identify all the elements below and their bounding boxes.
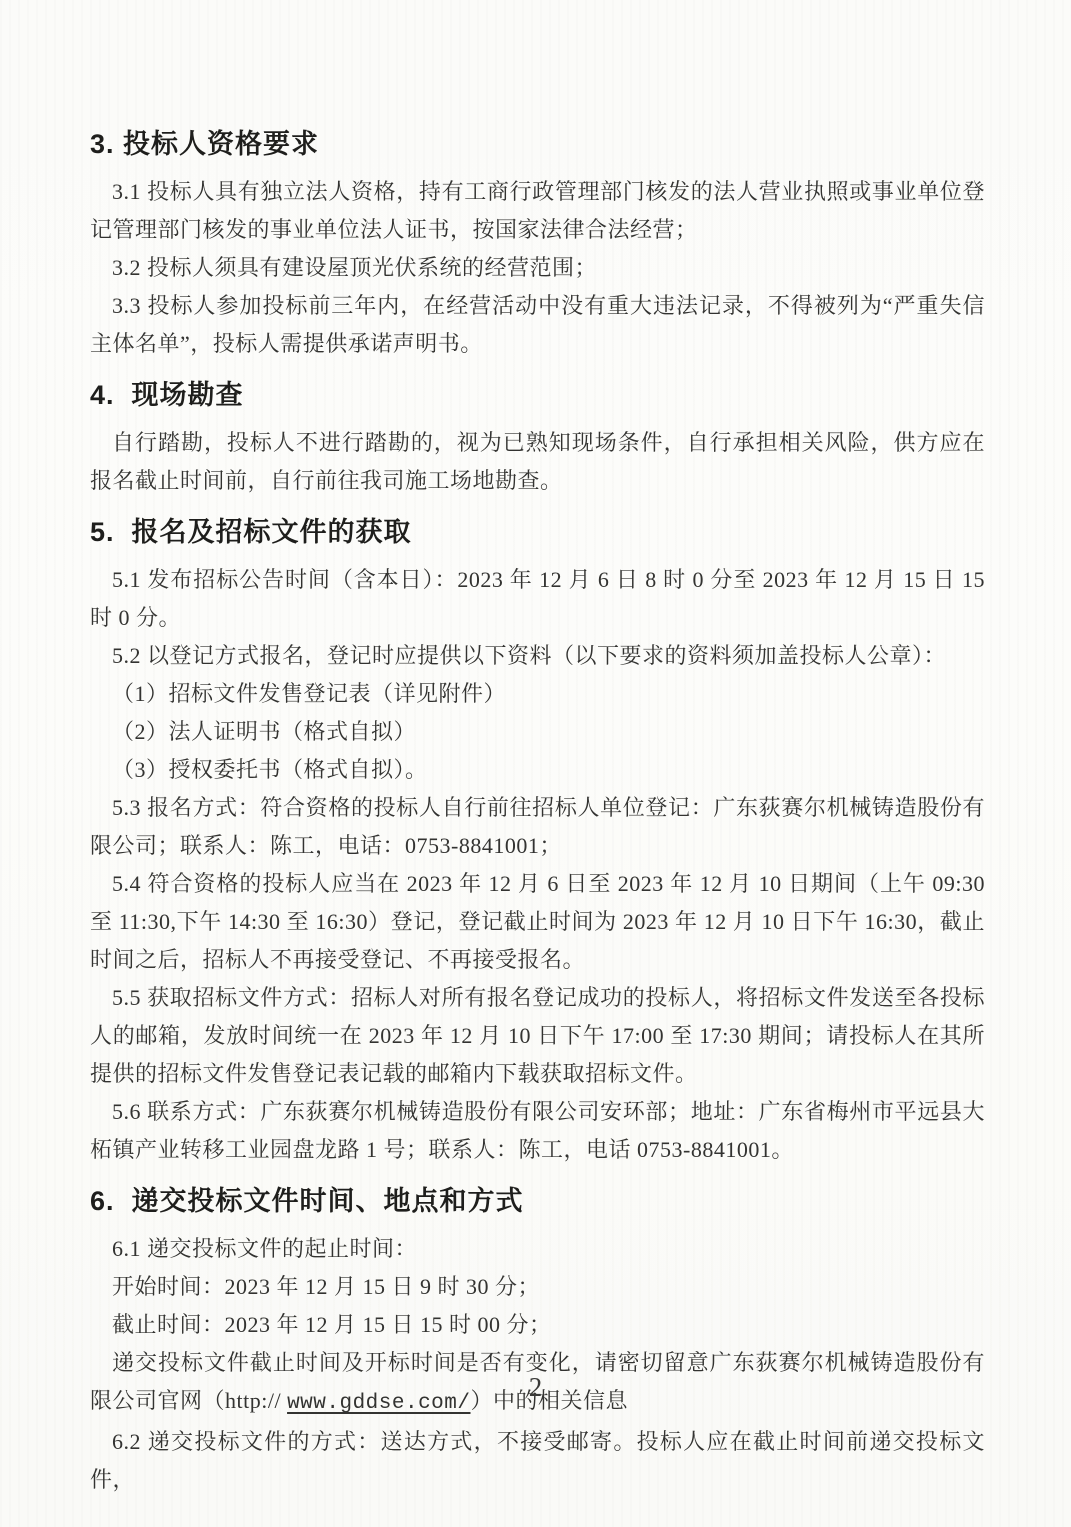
list-item: （2）法人证明书（格式自拟）: [90, 713, 985, 751]
section-heading: 4. 现场勘查: [90, 375, 985, 415]
section-site-survey: 4. 现场勘查 自行踏勘，投标人不进行踏勘的，视为已熟知现场条件，自行承担相关风…: [90, 375, 985, 500]
paragraph: 3.2 投标人须具有建设屋顶光伏系统的经营范围；: [90, 249, 985, 287]
paragraph: 5.2 以登记方式报名，登记时应提供以下资料（以下要求的资料须加盖投标人公章）：: [90, 637, 985, 675]
paragraph: 6.2 递交投标文件的方式：送达方式，不接受邮寄。投标人应在截止时间前递交投标文…: [90, 1423, 985, 1499]
paragraph: 3.3 投标人参加投标前三年内，在经营活动中没有重大违法记录，不得被列为“严重失…: [90, 287, 985, 363]
paragraph: 截止时间：2023 年 12 月 15 日 15 时 00 分；: [90, 1306, 985, 1344]
section-heading: 3. 投标人资格要求: [90, 124, 985, 164]
paragraph: 5.1 发布招标公告时间（含本日）：2023 年 12 月 6 日 8 时 0 …: [90, 561, 985, 637]
paragraph: 6.1 递交投标文件的起止时间：: [90, 1230, 985, 1268]
paragraph: 3.1 投标人具有独立法人资格，持有工商行政管理部门核发的法人营业执照或事业单位…: [90, 173, 985, 249]
paragraph: 开始时间：2023 年 12 月 15 日 9 时 30 分；: [90, 1268, 985, 1306]
list-item: （1）招标文件发售登记表（详见附件）: [90, 675, 985, 713]
section-heading: 6. 递交投标文件时间、地点和方式: [90, 1181, 985, 1221]
list-item: （3）授权委托书（格式自拟）。: [90, 751, 985, 789]
paragraph: 5.6 联系方式：广东荻赛尔机械铸造股份有限公司安环部；地址：广东省梅州市平远县…: [90, 1093, 985, 1169]
paragraph: 自行踏勘，投标人不进行踏勘的，视为已熟知现场条件，自行承担相关风险，供方应在报名…: [90, 424, 985, 500]
section-bidder-qualifications: 3. 投标人资格要求 3.1 投标人具有独立法人资格，持有工商行政管理部门核发的…: [90, 124, 985, 363]
paragraph: 5.3 报名方式：符合资格的投标人自行前往招标人单位登记：广东荻赛尔机械铸造股份…: [90, 789, 985, 865]
paragraph: 5.5 获取招标文件方式：招标人对所有报名登记成功的投标人，将招标文件发送至各投…: [90, 979, 985, 1093]
section-registration-and-documents: 5. 报名及招标文件的获取 5.1 发布招标公告时间（含本日）：2023 年 1…: [90, 512, 985, 1169]
section-bid-submission: 6. 递交投标文件时间、地点和方式 6.1 递交投标文件的起止时间： 开始时间：…: [90, 1181, 985, 1499]
paragraph: 5.4 符合资格的投标人应当在 2023 年 12 月 6 日至 2023 年 …: [90, 865, 985, 979]
page-number: 2: [0, 1372, 1071, 1403]
document-page: 3. 投标人资格要求 3.1 投标人具有独立法人资格，持有工商行政管理部门核发的…: [0, 0, 1071, 1527]
section-heading: 5. 报名及招标文件的获取: [90, 512, 985, 552]
